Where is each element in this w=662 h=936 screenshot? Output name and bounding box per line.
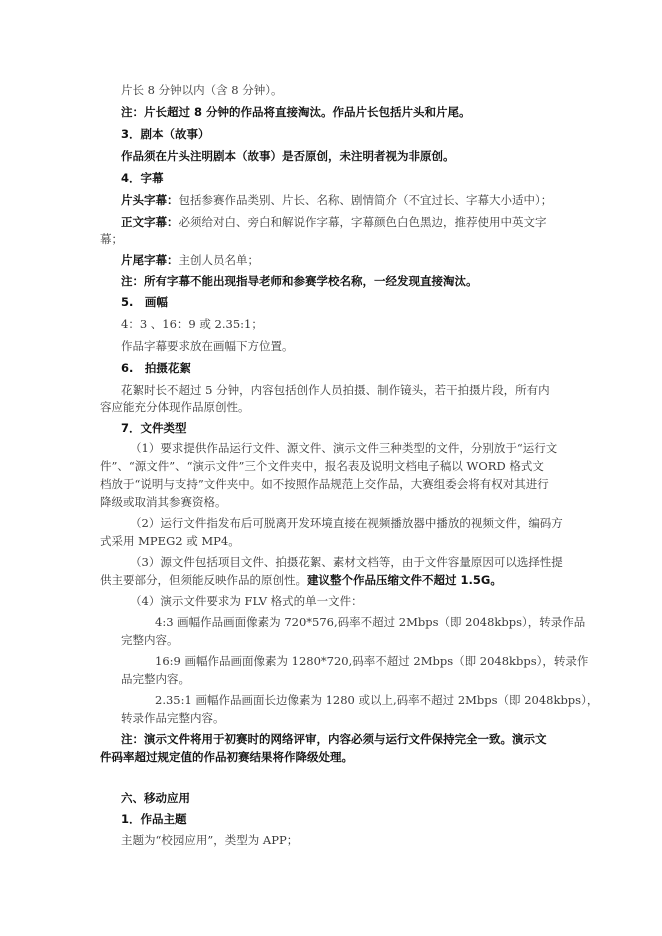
paragraph-7-3-line1: （3）源文件包括项目文件、拍摄花絮、素材文档等，由于文件容量原因可以选择性提 (130, 554, 563, 570)
heading-script: 3．剧本（故事） (121, 126, 210, 142)
paragraph-7-3-line2: 供主要部分，但须能反映作品的原创性。建议整个作品压缩文件不超过 1.5G。 (100, 572, 502, 588)
subtitle-body-label: 正文字幕： (121, 215, 179, 229)
paragraph-7-2-line1: （2）运行文件指发布后可脱离开发环境直接在视频播放器中播放的视频文件，编码方 (130, 515, 563, 531)
section-mobile-app: 六、移动应用 (121, 790, 190, 806)
paragraph-7-1-line3: 档放于“说明与支持”文件夹中。如不按照作品规范上交作品，大赛组委会将有权对其进行 (100, 476, 549, 492)
paragraph-bts-1: 花絮时长不超过 5 分钟，内容包括创作人员拍摄、制作镜头，若干拍摄片段，所有内 (121, 382, 550, 398)
subtitle-body-text: 必须给对白、旁白和解说作字幕，字幕颜色白色黑边，推荐使用中英文字 (179, 215, 547, 229)
subtitle-ending: 片尾字幕：主创人员名单； (121, 252, 259, 268)
paragraph-7-3-text: 供主要部分，但须能反映作品的原创性。 (100, 573, 307, 587)
document-page: 片长 8 分钟以内（含 8 分钟）。 注：片长超过 8 分钟的作品将直接淘汰。作… (0, 0, 662, 936)
spec-2-35-line1: 2.35:1 画幅作品画面长边像素为 1280 或以上,码率不超过 2Mbps（… (155, 692, 598, 708)
paragraph-7-1-line1: （1）要求提供作品运行文件、源文件、演示文件三种类型的文件，分别放于“运行文 (130, 440, 557, 456)
note-demo-line2: 件码率超过规定值的作品初赛结果将作降级处理。 (100, 749, 353, 765)
subtitle-opening-text: 包括参赛作品类别、片长、名称、剧情简介（不宜过长、字幕大小适中）； (179, 193, 553, 207)
spec-4-3-line1: 4:3 画幅作品画面像素为 720*576,码率不超过 2Mbps（即 2048… (155, 614, 585, 630)
heading-filetypes: 7．文件类型 (121, 420, 187, 436)
spec-4-3-line2: 完整内容。 (121, 632, 179, 648)
subtitle-opening-label: 片头字幕： (121, 193, 179, 207)
paragraph-7-3-bold: 建议整个作品压缩文件不超过 1.5G。 (307, 573, 502, 587)
heading-bts: 6. 拍摄花絮 (121, 360, 191, 376)
heading-subtitles: 4．字幕 (121, 170, 164, 186)
note-subtitles: 注：所有字幕不能出现指导老师和参赛学校名称，一经发现直接淘汰。 (121, 273, 478, 289)
subtitle-ending-label: 片尾字幕： (121, 253, 179, 267)
spec-16-9-line2: 品完整内容。 (121, 671, 190, 687)
note-length: 注：片长超过 8 分钟的作品将直接淘汰。作品片长包括片头和片尾。 (121, 104, 471, 120)
paragraph-aspect: 4：3 、16：9 或 2.35:1； (121, 316, 263, 332)
heading-aspect: 5. 画幅 (121, 294, 168, 310)
paragraph-7-1-line2: 件”、“源文件”、“演示文件”三个文件夹中，报名表及说明文档电子稿以 WORD … (100, 458, 544, 474)
paragraph-theme: 主题为“校园应用”，类型为 APP； (121, 832, 298, 848)
note-demo-line1: 注：演示文件将用于初赛时的网络评审，内容必须与运行文件保持完全一致。演示文 (121, 731, 547, 747)
spec-2-35-line2: 转录作品完整内容。 (121, 710, 225, 726)
subtitle-ending-text: 主创人员名单； (179, 253, 260, 267)
paragraph-7-2-line2: 式采用 MPEG2 或 MP4。 (100, 533, 240, 549)
paragraph-script: 作品须在片头注明剧本（故事）是否原创，未注明者视为非原创。 (121, 148, 455, 164)
paragraph-7-1-line4: 降级或取消其参赛资格。 (100, 494, 227, 510)
subtitle-opening: 片头字幕：包括参赛作品类别、片长、名称、剧情简介（不宜过长、字幕大小适中）； (121, 192, 552, 208)
subtitle-body: 正文字幕：必须给对白、旁白和解说作字幕，字幕颜色白色黑边，推荐使用中英文字 (121, 214, 547, 230)
paragraph-7-4: （4）演示文件要求为 FLV 格式的单一文件： (130, 593, 363, 609)
paragraph-length: 片长 8 分钟以内（含 8 分钟）。 (121, 82, 283, 98)
paragraph-bts-2: 容应能充分体现作品原创性。 (100, 399, 250, 415)
subtitle-body-cont: 幕； (100, 231, 123, 247)
spec-16-9-line1: 16:9 画幅作品画面像素为 1280*720,码率不超过 2Mbps（即 20… (155, 653, 588, 669)
paragraph-aspect-2: 作品字幕要求放在画幅下方位置。 (121, 338, 294, 354)
heading-theme: 1．作品主题 (121, 811, 187, 827)
